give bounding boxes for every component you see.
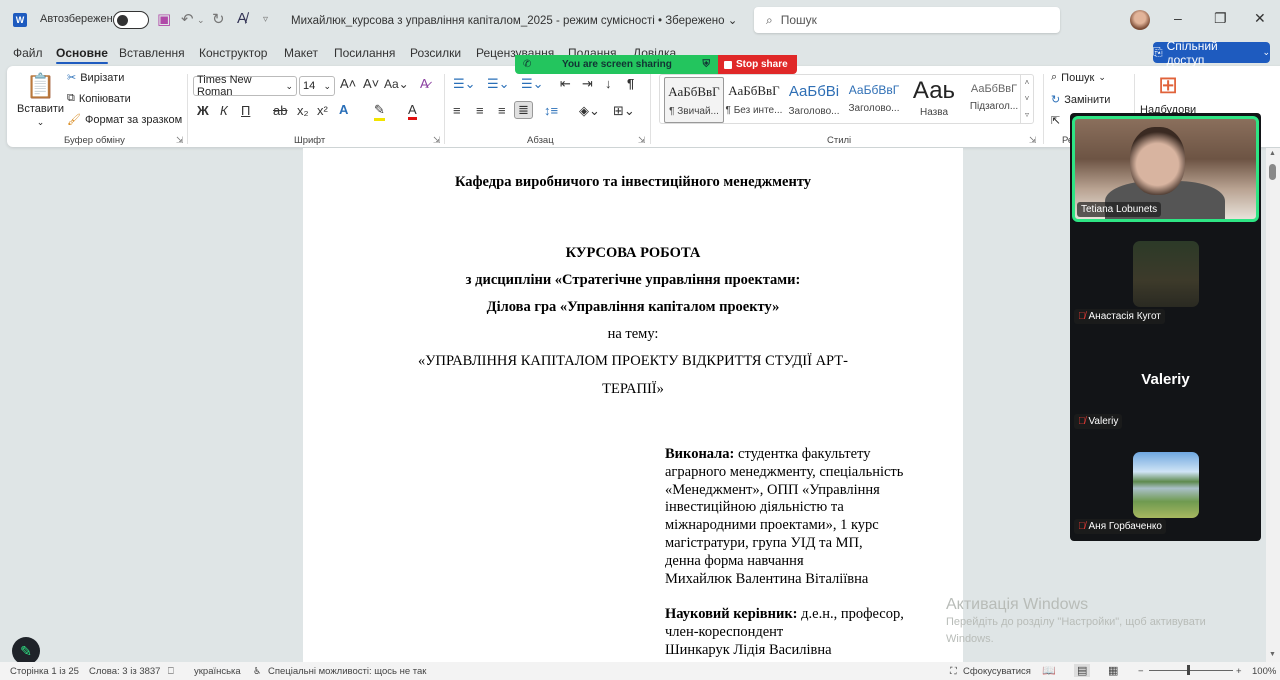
search-icon: ⌕	[1051, 71, 1057, 84]
tab-layout[interactable]: Макет	[284, 46, 318, 60]
screen-share-bar: ✆ You are screen sharing ⛨ Stop share	[515, 55, 797, 74]
format-painter-button[interactable]: 🖌Формат за зразком	[67, 113, 182, 126]
change-case-icon[interactable]: Aa⌄	[384, 77, 409, 91]
proofing-icon[interactable]: ⎕	[168, 666, 174, 677]
participant-avatar	[1133, 241, 1199, 307]
paragraph-group-label: Абзац	[527, 135, 554, 146]
participant-tile[interactable]: 🎙̸Valeriy	[1074, 414, 1122, 429]
word-app-icon: W	[13, 13, 27, 27]
dialog-launcher-icon[interactable]: ⇲	[433, 135, 441, 146]
participant-tile-active[interactable]: Tetiana Lobunets	[1072, 116, 1259, 222]
autosave-toggle[interactable]	[113, 11, 149, 29]
mic-off-icon: 🎙̸	[1078, 416, 1086, 427]
highlight-icon[interactable]: ✎	[374, 102, 385, 121]
language[interactable]: українська	[194, 666, 241, 677]
accessibility-icon: ♿	[253, 666, 262, 677]
align-left-icon[interactable]: ≡	[453, 103, 461, 118]
styles-group-label: Стилі	[827, 135, 851, 146]
shading-icon[interactable]: ◈⌄	[579, 103, 600, 119]
restore-icon[interactable]: ❐	[1214, 10, 1227, 27]
line-spacing-icon[interactable]: ↕≡	[544, 103, 558, 118]
numbering-icon[interactable]: ☰⌄	[487, 76, 510, 92]
cut-button[interactable]: ✂Вирізати	[67, 71, 124, 84]
word-count[interactable]: Слова: 3 із 3837	[89, 666, 160, 677]
stop-icon	[724, 61, 732, 69]
stop-share-button[interactable]: Stop share	[718, 55, 797, 74]
clipboard-icon: 📋	[26, 72, 56, 101]
read-mode-icon[interactable]: 📖	[1042, 664, 1056, 677]
minimize-icon[interactable]: –	[1174, 10, 1182, 26]
focus-button[interactable]: Сфокусуватися	[963, 666, 1031, 677]
clipboard-group-label: Буфер обміну	[64, 135, 125, 146]
text-effects-icon[interactable]: A	[339, 102, 348, 117]
participant-avatar	[1133, 452, 1199, 518]
close-icon[interactable]: ✕	[1254, 10, 1266, 27]
vertical-scrollbar[interactable]: ▲ ▼	[1266, 148, 1280, 662]
supervisor-label: Науковий керівник:	[665, 606, 798, 622]
font-name-select[interactable]: Times New Roman⌄	[193, 76, 297, 96]
tab-file[interactable]: Файл	[13, 46, 43, 60]
tab-home[interactable]: Основне	[56, 46, 108, 60]
dialog-launcher-icon[interactable]: ⇲	[176, 135, 184, 146]
style-normal[interactable]: АаБбВвГ¶ Звичай...	[664, 77, 724, 123]
department-heading: Кафедра виробничого та інвестиційного ме…	[303, 174, 963, 191]
brush-icon: 🖌	[67, 113, 81, 126]
scroll-down-icon[interactable]: ▼	[1269, 651, 1276, 658]
subscript-icon[interactable]: x₂	[297, 103, 309, 118]
align-center-icon[interactable]: ≡	[476, 103, 484, 118]
font-color-icon[interactable]: A	[408, 102, 417, 120]
topic-line-1: «УПРАВЛІННЯ КАПІТАЛОМ ПРОЕКТУ ВІДКРИТТЯ …	[303, 353, 963, 370]
performer-label: Виконала:	[665, 446, 734, 462]
undo-icon[interactable]: ↶	[181, 10, 194, 28]
user-avatar[interactable]	[1130, 10, 1150, 30]
bullets-icon[interactable]: ☰⌄	[453, 76, 476, 92]
scissors-icon: ✂	[67, 71, 76, 84]
tab-insert[interactable]: Вставлення	[119, 46, 185, 60]
print-layout-icon[interactable]: ▤	[1074, 664, 1090, 677]
topic-label: на тему:	[303, 326, 963, 343]
style-no-spacing[interactable]: АаБбВвГ¶ Без инте...	[724, 77, 784, 123]
dialog-launcher-icon[interactable]: ⇲	[1029, 135, 1037, 146]
search-icon: ⌕	[766, 13, 773, 28]
grow-font-icon[interactable]: A˄	[340, 76, 356, 91]
web-layout-icon[interactable]: ▦	[1108, 664, 1118, 677]
bold-button[interactable]: Ж	[197, 103, 209, 118]
topic-line-2: ТЕРАПІЇ»	[303, 381, 963, 398]
grip-icon: ✆	[523, 59, 531, 70]
style-subtitle[interactable]: АаБбВвГПідзагол...	[964, 77, 1024, 123]
chevron-down-icon: ⌄	[1262, 47, 1270, 58]
video-meeting-panel: Tetiana Lobunets 🎙̸Анастасія Кугот Valer…	[1070, 113, 1261, 541]
cursor-icon: ⇱	[1051, 114, 1060, 127]
style-heading-1[interactable]: АаБбВіЗаголово...	[784, 77, 844, 123]
scroll-thumb[interactable]	[1269, 164, 1276, 180]
annotate-pen-button[interactable]: ✎	[12, 637, 40, 665]
status-bar: Сторінка 1 із 25 Слова: 3 із 3837 ⎕ укра…	[0, 662, 1280, 680]
align-right-icon[interactable]: ≡	[498, 103, 506, 118]
mic-off-icon: 🎙̸	[1078, 521, 1086, 532]
style-title[interactable]: АаьНазва	[904, 77, 964, 123]
search-box[interactable]: ⌕ Пошук	[754, 7, 1060, 33]
participant-video	[1130, 127, 1185, 195]
style-heading-2[interactable]: АаБбВвГЗаголово...	[844, 77, 904, 123]
font-group-label: Шрифт	[294, 135, 325, 146]
scroll-up-icon[interactable]: ▲	[1269, 150, 1276, 157]
replace-icon: ↻	[1051, 93, 1060, 106]
document-page[interactable]: Кафедра виробничого та інвестиційного ме…	[303, 148, 963, 668]
page-count[interactable]: Сторінка 1 із 25	[10, 666, 79, 677]
screen-sharing-status[interactable]: ✆ You are screen sharing ⛨	[515, 55, 718, 74]
participant-tile[interactable]: 🎙̸Аня Горбаченко	[1074, 519, 1166, 534]
work-type-heading: КУРСОВА РОБОТА	[303, 245, 963, 262]
customize-quick-access-icon[interactable]: ▿	[263, 14, 268, 25]
select-button[interactable]: ⇱	[1051, 114, 1060, 127]
performer-block: Виконала: студентка факультету аграрного…	[665, 446, 945, 660]
styles-gallery: АаБбВвГ¶ Звичай... АаБбВвГ¶ Без инте... …	[659, 74, 1034, 124]
shrink-font-icon[interactable]: A˅	[363, 76, 379, 91]
accessibility-status[interactable]: Спеціальні можливості: щось не так	[268, 666, 426, 677]
clear-formatting-icon[interactable]: A̷	[420, 76, 429, 91]
zoom-in-icon[interactable]: +	[1236, 666, 1242, 677]
share-button[interactable]: ⎘ Спільний доступ ⌄	[1153, 42, 1270, 63]
focus-icon: ⛶	[950, 666, 957, 677]
save-icon[interactable]: ▣	[157, 10, 171, 28]
participant-initial-name: Valeriy	[1070, 371, 1261, 388]
chevron-down-icon: ⌄	[285, 81, 293, 92]
font-size-select[interactable]: 14⌄	[299, 76, 335, 96]
shield-icon: ⛨	[703, 59, 711, 70]
replace-button[interactable]: ↻Замінити	[1051, 93, 1110, 106]
chevron-down-icon: ⌄	[1098, 72, 1106, 83]
addins-icon: ⊞	[1158, 71, 1178, 100]
sort-icon[interactable]: ↓	[605, 76, 612, 91]
find-button[interactable]: ⌕Пошук⌄	[1051, 71, 1106, 84]
document-title[interactable]: Михайлюк_курсова з управління капіталом_…	[291, 13, 737, 27]
participant-name: Tetiana Lobunets	[1077, 202, 1161, 217]
multilevel-list-icon[interactable]: ☰⌄	[521, 76, 544, 92]
undo-dropdown-icon[interactable]: ⌄	[197, 15, 205, 26]
decrease-indent-icon[interactable]: ⇤	[560, 76, 571, 92]
windows-activation-watermark: Активація Windows Перейдіть до розділу "…	[946, 596, 1206, 648]
discipline-line: з дисципліни «Стратегічне управління про…	[303, 272, 963, 289]
zoom-slider-thumb[interactable]	[1187, 665, 1190, 675]
pen-icon: ✎	[20, 643, 32, 660]
underline-button[interactable]: П	[241, 103, 250, 118]
zoom-slider[interactable]	[1149, 670, 1233, 671]
search-placeholder: Пошук	[781, 13, 817, 27]
copy-button[interactable]: ⧉Копіювати	[67, 92, 131, 105]
spelling-icon[interactable]: A̸	[237, 10, 247, 27]
addins-button[interactable]: ⊞ Надбудови	[1140, 71, 1196, 116]
superscript-icon[interactable]: x²	[317, 103, 328, 118]
tab-mailings[interactable]: Розсилки	[410, 46, 461, 60]
title-bar: W Автозбереження ▣ ↶ ⌄ ↻ A̸ ▿ Михайлюк_к…	[0, 0, 1280, 40]
mic-off-icon: 🎙̸	[1078, 311, 1086, 322]
zoom-out-icon[interactable]: −	[1138, 666, 1144, 677]
participant-tile[interactable]: 🎙̸Анастасія Кугот	[1074, 309, 1165, 324]
redo-icon[interactable]: ↻	[212, 10, 225, 28]
dialog-launcher-icon[interactable]: ⇲	[638, 135, 646, 146]
chevron-down-icon: ⌄	[323, 81, 331, 92]
italic-button[interactable]: К	[220, 103, 228, 118]
borders-icon[interactable]: ⊞⌄	[613, 103, 635, 119]
justify-icon[interactable]: ≣	[514, 101, 533, 119]
zoom-level[interactable]: 100%	[1252, 666, 1276, 677]
increase-indent-icon[interactable]: ⇥	[582, 76, 593, 92]
paste-button[interactable]: 📋 Вставити ⌄	[17, 72, 64, 128]
strikethrough-icon[interactable]: ab	[273, 103, 287, 118]
show-marks-icon[interactable]: ¶	[627, 76, 634, 91]
copy-icon: ⧉	[67, 92, 75, 105]
share-icon: ⎘	[1153, 45, 1163, 60]
tab-references[interactable]: Посилання	[334, 46, 395, 60]
chevron-down-icon: ⌄	[37, 117, 45, 128]
tab-design[interactable]: Конструктор	[199, 46, 267, 60]
styles-scroll[interactable]: ˄˅▿	[1020, 75, 1033, 123]
game-line: Ділова гра «Управління капіталом проекту…	[303, 299, 963, 316]
